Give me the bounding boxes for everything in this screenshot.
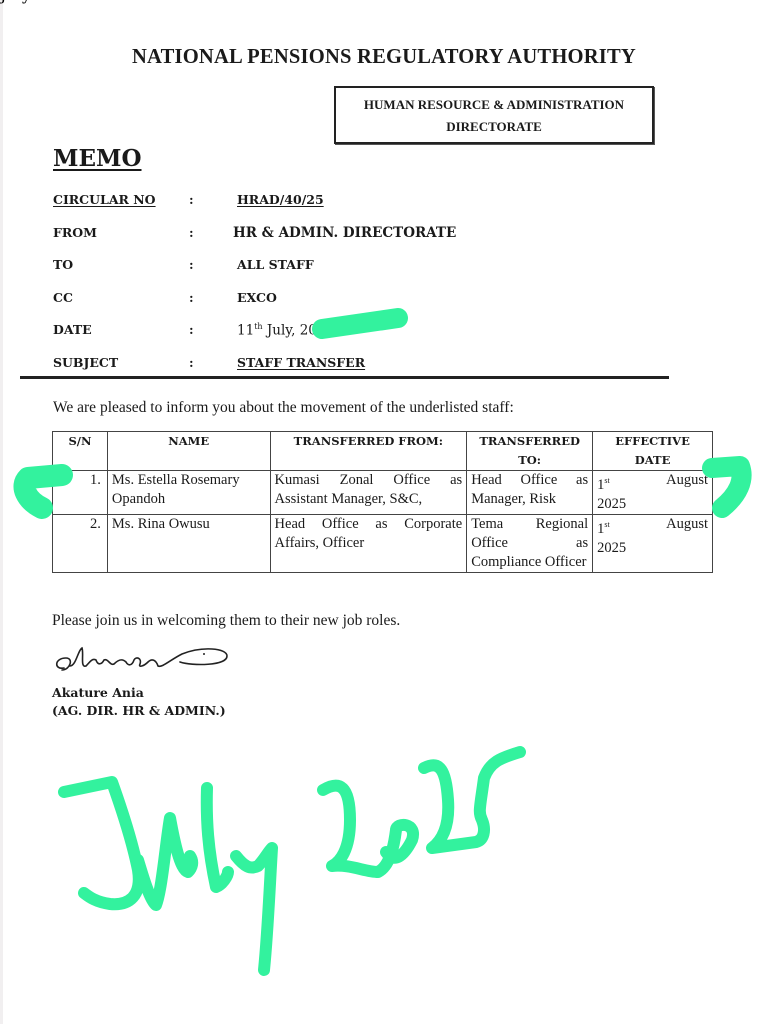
handwritten-july-2025 (64, 752, 520, 970)
to-value: ALL STAFF (237, 257, 314, 272)
to-label: TO (53, 257, 73, 272)
cc-row: CC : EXCO (53, 290, 653, 323)
subject-label: SUBJECT (53, 355, 118, 370)
table-row: 2. Ms. Rina Owusu Head Office as Corpora… (53, 514, 713, 572)
memo-heading: MEMO (53, 145, 142, 172)
cell-name: Ms. Rina Owusu (107, 514, 270, 572)
date-rest: July, 2025 (263, 323, 335, 339)
date-month: August (666, 515, 708, 539)
cell-effective-date: 1stAugust 2025 (593, 514, 713, 572)
subject-value: STAFF TRANSFER (237, 355, 365, 370)
date-label: DATE (53, 322, 92, 337)
signer-block: Akature Ania (AG. DIR. HR & ADMIN.) (52, 684, 226, 720)
organization-title: NATIONAL PENSIONS REGULATORY AUTHORITY (8, 44, 761, 69)
signature-icon (52, 640, 272, 680)
page-edge (0, 0, 3, 1024)
date-day-suffix: th (254, 322, 262, 331)
from-label: FROM (53, 225, 97, 240)
date-row: DATE : 11th July, 2025 (53, 322, 653, 355)
department-line-1: HUMAN RESOURCE & ADMINISTRATION (336, 94, 652, 116)
header-sn: S/N (53, 432, 108, 471)
cell-sn: 2. (53, 514, 108, 572)
date-year: 2025 (597, 539, 708, 558)
cell-to: Tema Regional Office as Compliance Offic… (467, 514, 593, 572)
date-year: 2025 (597, 495, 708, 514)
cc-value: EXCO (237, 290, 277, 305)
colon: : (189, 225, 194, 240)
closing-paragraph: Please join us in welcoming them to thei… (52, 612, 400, 630)
table-row: 1. Ms. Estella Rosemary Opandoh Kumasi Z… (53, 471, 713, 515)
cell-from: Kumasi Zonal Office as Assistant Manager… (270, 471, 467, 515)
from-value: HR & ADMIN. DIRECTORATE (233, 225, 456, 241)
header-divider (20, 376, 669, 379)
circular-no-row: CIRCULAR NO : HRAD/40/25 (53, 192, 653, 225)
handwritten-text: July 2025 (0, 0, 77, 4)
date-month: August (666, 471, 708, 495)
signer-title: (AG. DIR. HR & ADMIN.) (52, 702, 226, 720)
header-transferred-from: TRANSFERRED FROM: (270, 432, 467, 471)
memo-header-fields: CIRCULAR NO : HRAD/40/25 FROM : HR & ADM… (53, 192, 653, 387)
cell-sn: 1. (53, 471, 108, 515)
date-suffix: st (604, 520, 609, 529)
staff-transfer-table: S/N NAME TRANSFERRED FROM: TRANSFERRED T… (52, 431, 713, 573)
colon: : (189, 322, 194, 337)
cell-from: Head Office as Corporate Affairs, Office… (270, 514, 467, 572)
intro-paragraph: We are pleased to inform you about the m… (53, 399, 514, 417)
cell-to: Head Office as Manager, Risk (467, 471, 593, 515)
subject-row: SUBJECT : STAFF TRANSFER (53, 355, 653, 388)
date-suffix: st (604, 476, 609, 485)
cc-label: CC (53, 290, 73, 305)
department-line-2: DIRECTORATE (336, 116, 652, 138)
right-bracket-mark (712, 466, 742, 508)
cell-name: Ms. Estella Rosemary Opandoh (107, 471, 270, 515)
colon: : (189, 192, 194, 207)
table-header-row: S/N NAME TRANSFERRED FROM: TRANSFERRED T… (53, 432, 713, 471)
header-name: NAME (107, 432, 270, 471)
circular-no-label: CIRCULAR NO (53, 192, 156, 207)
to-row: TO : ALL STAFF (53, 257, 653, 290)
header-transferred-to: TRANSFERRED TO: (467, 432, 593, 471)
circular-no-value: HRAD/40/25 (237, 192, 324, 207)
department-box: HUMAN RESOURCE & ADMINISTRATION DIRECTOR… (334, 86, 654, 144)
signer-name: Akature Ania (52, 684, 226, 702)
date-value: 11th July, 2025 (237, 322, 334, 339)
header-effective-date: EFFECTIVE DATE (593, 432, 713, 471)
cell-effective-date: 1stAugust 2025 (593, 471, 713, 515)
colon: : (189, 355, 194, 370)
from-row: FROM : HR & ADMIN. DIRECTORATE (53, 225, 653, 258)
date-day: 11 (237, 323, 254, 339)
colon: : (189, 257, 194, 272)
colon: : (189, 290, 194, 305)
